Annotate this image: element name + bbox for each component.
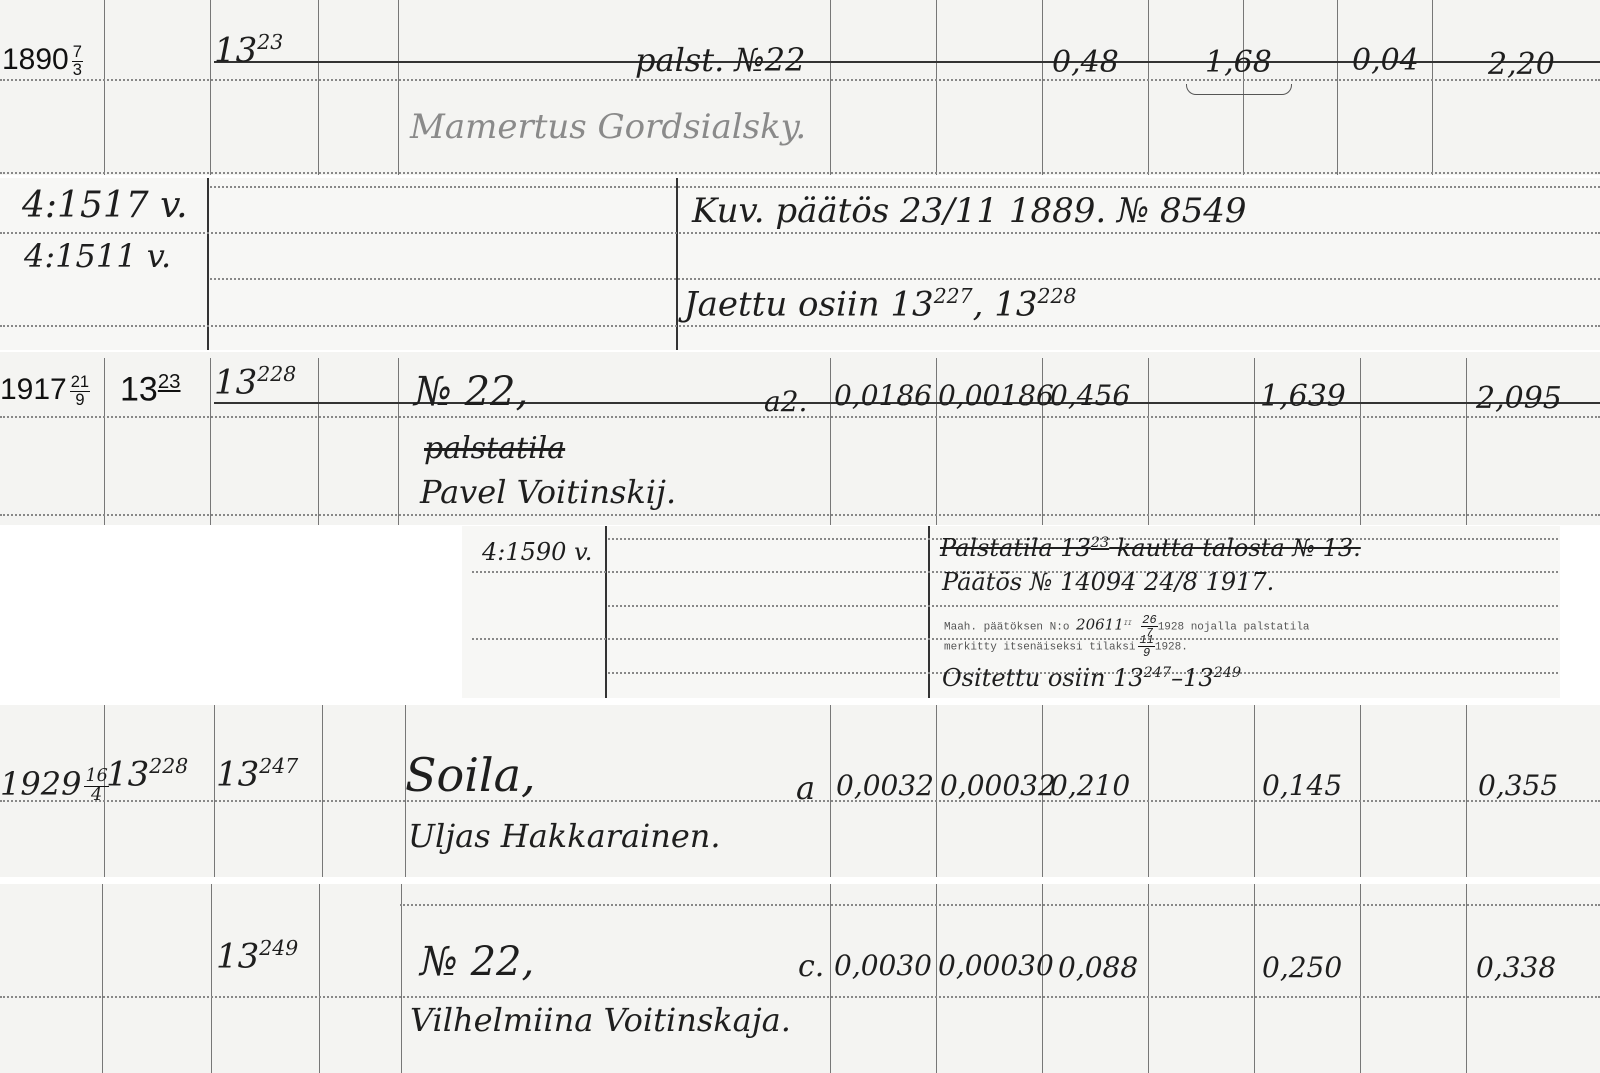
owner-name: Mamertus Gordsialsky.: [410, 110, 806, 144]
column-divider: [830, 0, 831, 175]
value-cell: 0,00032: [940, 772, 1056, 800]
column-divider: [1360, 358, 1361, 525]
value-cell: 1,639: [1260, 382, 1346, 412]
column-divider: [319, 884, 320, 1073]
column-divider: [398, 0, 399, 175]
column-divider: [1337, 0, 1338, 175]
handwritten-insert: 20611: [1076, 615, 1124, 633]
fraction-den: 9: [1143, 647, 1150, 659]
date-year: 1890: [2, 43, 69, 76]
decision-note: Päätös № 14094 24/8 1917.: [942, 570, 1274, 594]
column-divider: [1254, 358, 1255, 525]
parcel-base: 13: [214, 362, 257, 402]
value-cell: 2,20: [1488, 50, 1555, 80]
note-sup: 247: [1144, 665, 1171, 681]
split-note-sup: 227: [934, 284, 973, 308]
value-cell: 2,095: [1476, 384, 1562, 414]
date-year: 1917: [0, 373, 67, 406]
note-text: Palstatila 13: [940, 534, 1091, 562]
column-divider: [104, 358, 105, 525]
note-sup: 23: [1091, 535, 1109, 551]
column-divider: [104, 0, 105, 175]
column-divider: [318, 0, 319, 175]
split-note-mid: , 13: [973, 284, 1038, 324]
parcel-number: 1323: [214, 32, 283, 67]
column-divider: [1466, 705, 1467, 877]
date-month: 3: [73, 62, 82, 79]
date-fraction: 219: [70, 374, 90, 408]
share-letter: c.: [798, 952, 824, 982]
typed-text: Maah. päätöksen N:o: [944, 621, 1069, 633]
parcel-base: 13: [106, 754, 149, 794]
ruled-line: [0, 172, 1600, 174]
column-divider: [830, 884, 831, 1073]
column-divider: [936, 0, 937, 175]
parcel-sup: 228: [149, 754, 188, 778]
column-divider: [318, 358, 319, 525]
handwritten-sup: II: [1124, 620, 1132, 627]
parent-parcel: 1323: [120, 372, 181, 406]
value-cell: 0,355: [1478, 772, 1558, 800]
parcel-description: palst. №22: [635, 44, 805, 76]
column-divider: [1254, 884, 1255, 1073]
column-divider: [936, 884, 937, 1073]
column-divider: [214, 705, 215, 877]
parcel-sup: 247: [259, 754, 298, 778]
column-divider: [1148, 0, 1149, 175]
note-text: –13: [1171, 664, 1214, 692]
value-cell: 0,00186: [938, 382, 1054, 410]
ruled-line: [0, 996, 1600, 998]
entry-date: 1917219: [0, 374, 90, 408]
parcel-origin-note: Palstatila 1323 kautta talosta № 13.: [940, 536, 1361, 560]
value-cell: 0,338: [1476, 954, 1556, 982]
value-cell: 0,250: [1262, 954, 1342, 982]
column-divider: [210, 358, 211, 525]
date-day: 7: [72, 44, 83, 62]
parent-parcel: 13228: [106, 756, 188, 791]
parcel-base: 13: [120, 370, 158, 408]
parcel-base: 13: [216, 936, 259, 976]
value-cell: 0,04: [1352, 46, 1419, 76]
value-cell: 0,210: [1050, 772, 1130, 800]
column-divider: [210, 0, 211, 175]
ruled-line: [0, 79, 1600, 81]
column-divider: [211, 884, 212, 1073]
column-divider: [936, 705, 937, 877]
date-day: 21: [70, 374, 90, 392]
owner-name: Pavel Voitinskij.: [420, 476, 676, 508]
parcel-base: 13: [214, 30, 257, 70]
date-month: 9: [75, 392, 84, 409]
value-cell: 0,0030: [834, 952, 932, 980]
column-divider: [322, 705, 323, 877]
column-divider: [1466, 884, 1467, 1073]
ruled-line: [0, 325, 1600, 327]
typed-year: 1928: [1158, 621, 1184, 633]
ruled-line: [210, 278, 1600, 280]
column-divider: [398, 358, 399, 525]
value-cell: 0,456: [1050, 382, 1130, 410]
column-divider: [1466, 358, 1467, 525]
column-divider: [401, 884, 402, 1073]
value-cell: 0,48: [1052, 48, 1119, 78]
column-divider: [1148, 884, 1149, 1073]
value-cell: 0,0032: [836, 772, 934, 800]
volume-reference: 4:1590 v.: [482, 540, 592, 564]
typed-text: nojalla palstatila: [1191, 621, 1310, 633]
ruled-line: [210, 186, 1600, 188]
column-divider: [1042, 0, 1043, 175]
column-divider: [1254, 705, 1255, 877]
decision-note: Kuv. päätös 23/11 1889. № 8549: [692, 194, 1246, 228]
note-sup: 249: [1214, 665, 1241, 681]
note-text: Ositettu osiin 13: [942, 664, 1144, 692]
typed-text: merkitty itsenäiseksi tilaksi: [944, 641, 1135, 653]
date-fraction: 73: [72, 44, 83, 78]
volume-reference: 4:1517 v.: [22, 188, 188, 224]
typed-year: 1928.: [1155, 641, 1188, 653]
entry-date: 189073: [2, 44, 83, 78]
date-month: 4: [91, 787, 102, 805]
brace-mark: [1186, 84, 1292, 95]
column-divider: [1360, 884, 1361, 1073]
parcel-sup: 23: [257, 30, 283, 54]
handwritten-fraction: 119: [1138, 634, 1154, 659]
column-divider: [830, 705, 831, 877]
parcel-sup: 23: [158, 371, 181, 393]
parcel-base: 13: [216, 754, 259, 794]
parcel-description: № 22,: [414, 372, 528, 412]
ruled-line: [0, 232, 1600, 234]
parcel-number: 13228: [214, 364, 296, 399]
parcel-description: № 22,: [420, 942, 534, 982]
split-note: Jaettu osiin 13227, 13228: [684, 286, 1076, 321]
owner-name: Vilhelmiina Voitinskaja.: [410, 1004, 791, 1036]
ruled-line: [0, 514, 1600, 516]
value-cell: 0,00030: [938, 952, 1054, 980]
value-cell: 0,145: [1262, 772, 1342, 800]
entry-1890-band: [0, 0, 1600, 175]
note-text: kautta talosta № 13.: [1109, 534, 1361, 562]
column-divider: [1360, 705, 1361, 877]
value-cell: 0,088: [1058, 954, 1138, 982]
value-cell: 0,0186: [834, 382, 932, 410]
column-divider: [1148, 358, 1149, 525]
share-letter: a2.: [764, 388, 807, 416]
column-divider: [1432, 0, 1433, 175]
parcel-sup: 228: [257, 362, 296, 386]
column-divider: [1148, 705, 1149, 877]
ruled-line: [608, 605, 1558, 607]
parcel-description: Soila,: [405, 752, 536, 798]
column-divider: [830, 358, 831, 525]
column-divider: [102, 884, 103, 1073]
parcel-number: 13249: [216, 938, 298, 973]
typed-note-line: merkitty itsenäiseksi tilaksi1191928.: [944, 634, 1188, 659]
split-note-sup: 228: [1038, 284, 1077, 308]
struck-description: palstatila: [424, 434, 565, 464]
split-note-prefix: Jaettu osiin 13: [684, 284, 934, 324]
owner-name: Uljas Hakkarainen.: [408, 820, 721, 852]
share-letter: a: [796, 772, 815, 804]
column-divider: [936, 358, 937, 525]
value-cell: 1,68: [1205, 48, 1272, 78]
volume-reference: 4:1511 v.: [24, 240, 171, 272]
ruled-line: [400, 904, 1600, 906]
parcel-number: 13247: [216, 756, 298, 791]
entry-date: 1929164: [0, 768, 109, 805]
date-year: 1929: [0, 765, 81, 803]
split-note: Ositettu osiin 13247–13249: [942, 666, 1241, 690]
column-divider: [605, 526, 607, 698]
parcel-sup: 249: [259, 936, 298, 960]
